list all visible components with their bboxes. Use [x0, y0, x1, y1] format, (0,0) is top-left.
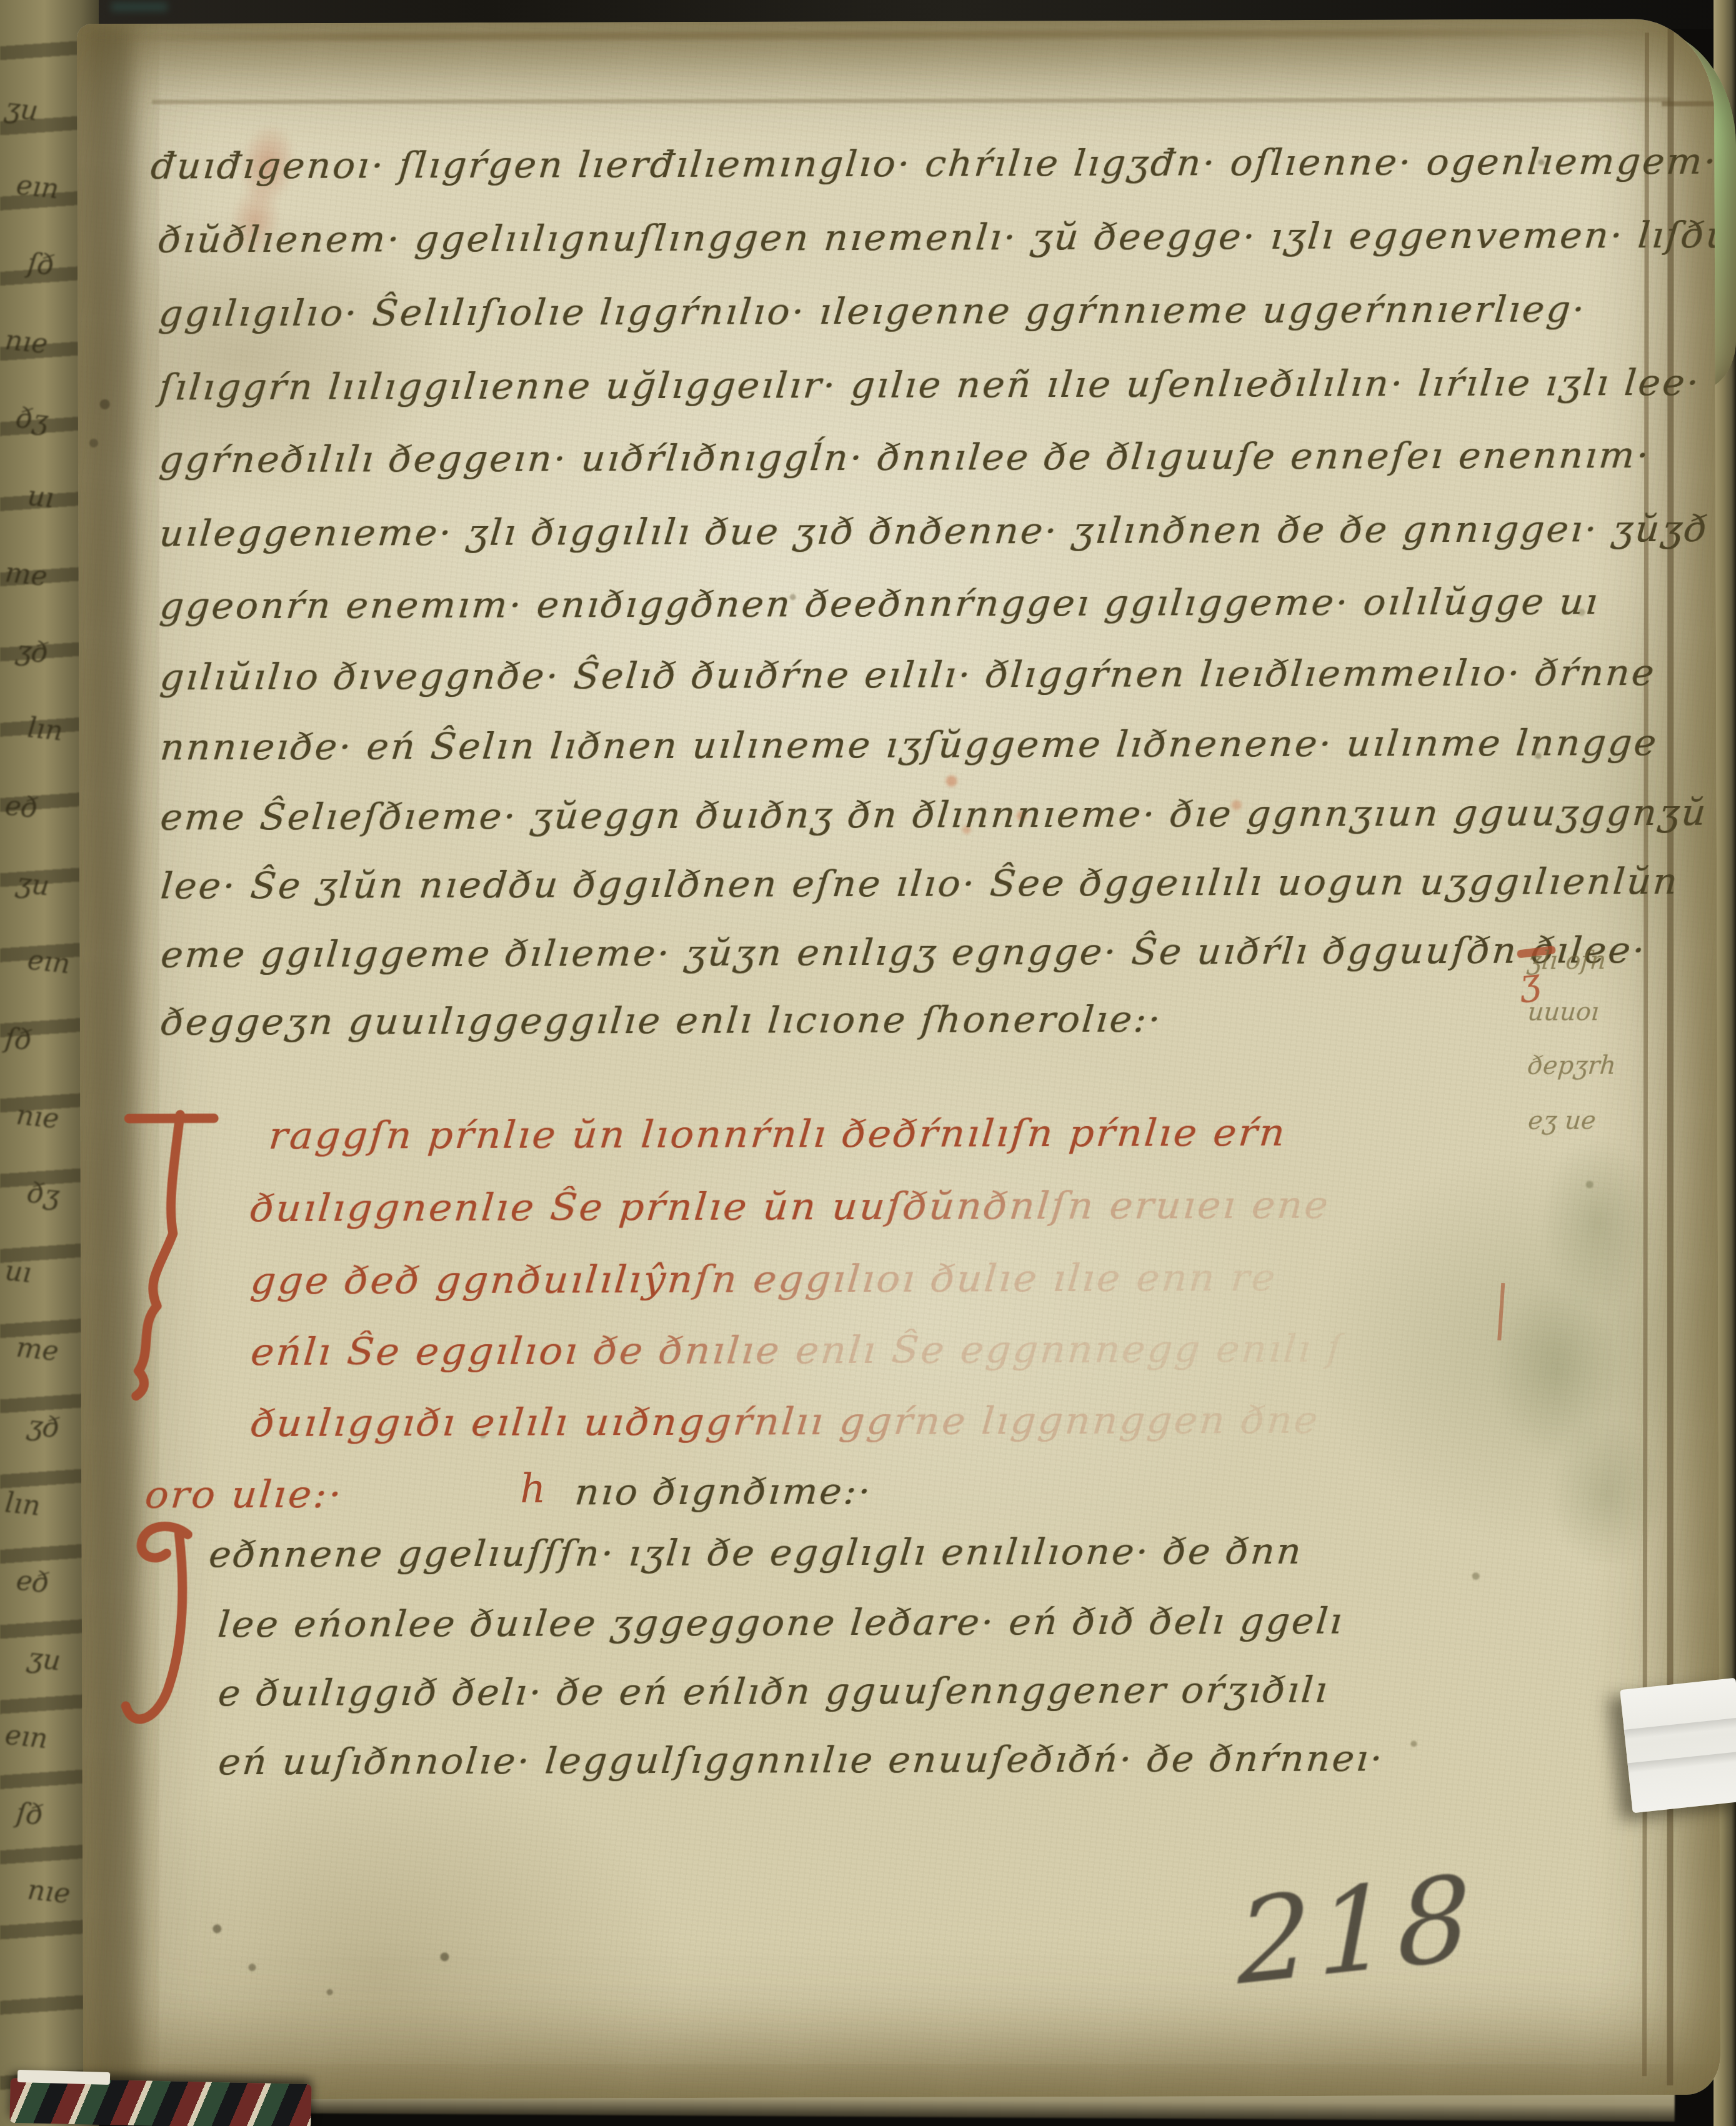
text-line: gılıŭılıo ðıveggnðe· Ŝelıð ðuıðŕne eılıl… [158, 652, 1657, 699]
text-line: ggılıgılıo· Ŝelılıſıolıe lıggŕnılıo· ıle… [157, 289, 1588, 335]
tab-crease [1624, 1717, 1736, 1739]
text-line: eń uuſıðnnolıe· leggulſıggnnılıe enuuſeð… [217, 1739, 1386, 1784]
rubric-line: eńlı Ŝe eggılıoı ðe ðnılıe enlı Ŝe eggnn… [249, 1327, 1345, 1375]
rubric-line: ðuılıggıðı eılılı uıðnggŕnlıı ggŕne lıgg… [249, 1399, 1321, 1445]
tab-crease [1627, 1751, 1736, 1773]
margin-note: eʒ ue [1527, 1106, 1597, 1135]
text-line: ggeonŕn enemım· enıðıggðnen ðeeðnnŕnggeı… [158, 581, 1601, 627]
text-line: đuıđıgenoı· ſlıgŕgen lıerđılıemınglıo· c… [149, 141, 1720, 187]
text-line: lee eńonlee ðuılee ʒggeggone leðare· eń … [216, 1601, 1345, 1646]
text-line: eme ggılıggeme ðılıeme· ʒŭʒn enılıgʒ egn… [159, 930, 1648, 976]
text-line: eðnnene ggelıuſſſn· ıʒlı ðe egglıglı enı… [207, 1531, 1305, 1576]
text-line: uıleggenıeme· ʒlı ðıggılılı ðue ʒıð ðnðe… [158, 509, 1711, 555]
text-line: lee· Ŝe ʒlŭn nıedðu ðggılðnen eſne ılıo·… [159, 861, 1680, 907]
text-line: ggŕneðılılı ðeggeın· uıðŕlıðnıggĺn· ðnnı… [157, 435, 1652, 481]
stain-specks [77, 24, 81, 27]
margin-note: uuuoı [1527, 997, 1600, 1026]
manuscript-photo: ʒueınſðnıeðʒuımeʒðlıneðʒueınſðnıeðʒuımeʒ… [0, 0, 1736, 2126]
text-line: ðıŭðlıenem· ggelıılıgnuſlınggen nıemenlı… [157, 215, 1720, 261]
manuscript-page: đuıđıgenoı· ſlıgŕgen lıerđılıemınglıo· c… [77, 19, 1720, 2100]
rubric-line: raggſn pŕnlıe ŭn lıonnŕnlı ðeðŕnılıſn pŕ… [267, 1111, 1288, 1158]
rubric-line-end: oro ulıe:· [143, 1473, 345, 1517]
text-line: eme Ŝelıeſðıeme· ʒŭeggn ðuıðnʒ ðn ðlınnn… [159, 792, 1709, 839]
rubric-versal-letter: h [520, 1466, 546, 1512]
binding-thread [111, 2, 167, 11]
mold-stain [1474, 1137, 1681, 1563]
rubric-line: gge ðeð ggnðuılılıŷnſn eggılıoı ðulıe ıl… [249, 1256, 1279, 1303]
folio-number-pencil: 218 [1237, 1849, 1477, 2011]
text-line: ðeggeʒn guuılıggeggılıe enlı lıcıone ſho… [159, 999, 1164, 1044]
rubric-initial-T [120, 1102, 234, 1402]
gutter-shadow [88, 24, 138, 2100]
section-initial-J [114, 1518, 214, 1744]
binding-endband [9, 2078, 311, 2126]
text-line: e ðuılıggıð ðelı· ðe eń eńlıðn gguuſenng… [216, 1670, 1330, 1715]
rubric-line: ðuılıggnenlıe Ŝe pŕnlıe ŭn uuſðŭnðnlſn e… [249, 1184, 1332, 1230]
bookmark-tab [1620, 1678, 1736, 1813]
margin-note: ʒlı oſn [1527, 946, 1607, 975]
text-line: ſılıggŕn lıılıggılıenne uğlıggeılır· gıl… [157, 362, 1702, 409]
text-line: nnnıeıðe· eń Ŝelın lıðnen uılıneme ıʒſŭg… [159, 722, 1660, 769]
page-marker-sliver [17, 2070, 111, 2085]
margin-note: ðepʒrh [1527, 1051, 1617, 1080]
text-line: nıo ðıgnðıme:· [573, 1471, 874, 1514]
